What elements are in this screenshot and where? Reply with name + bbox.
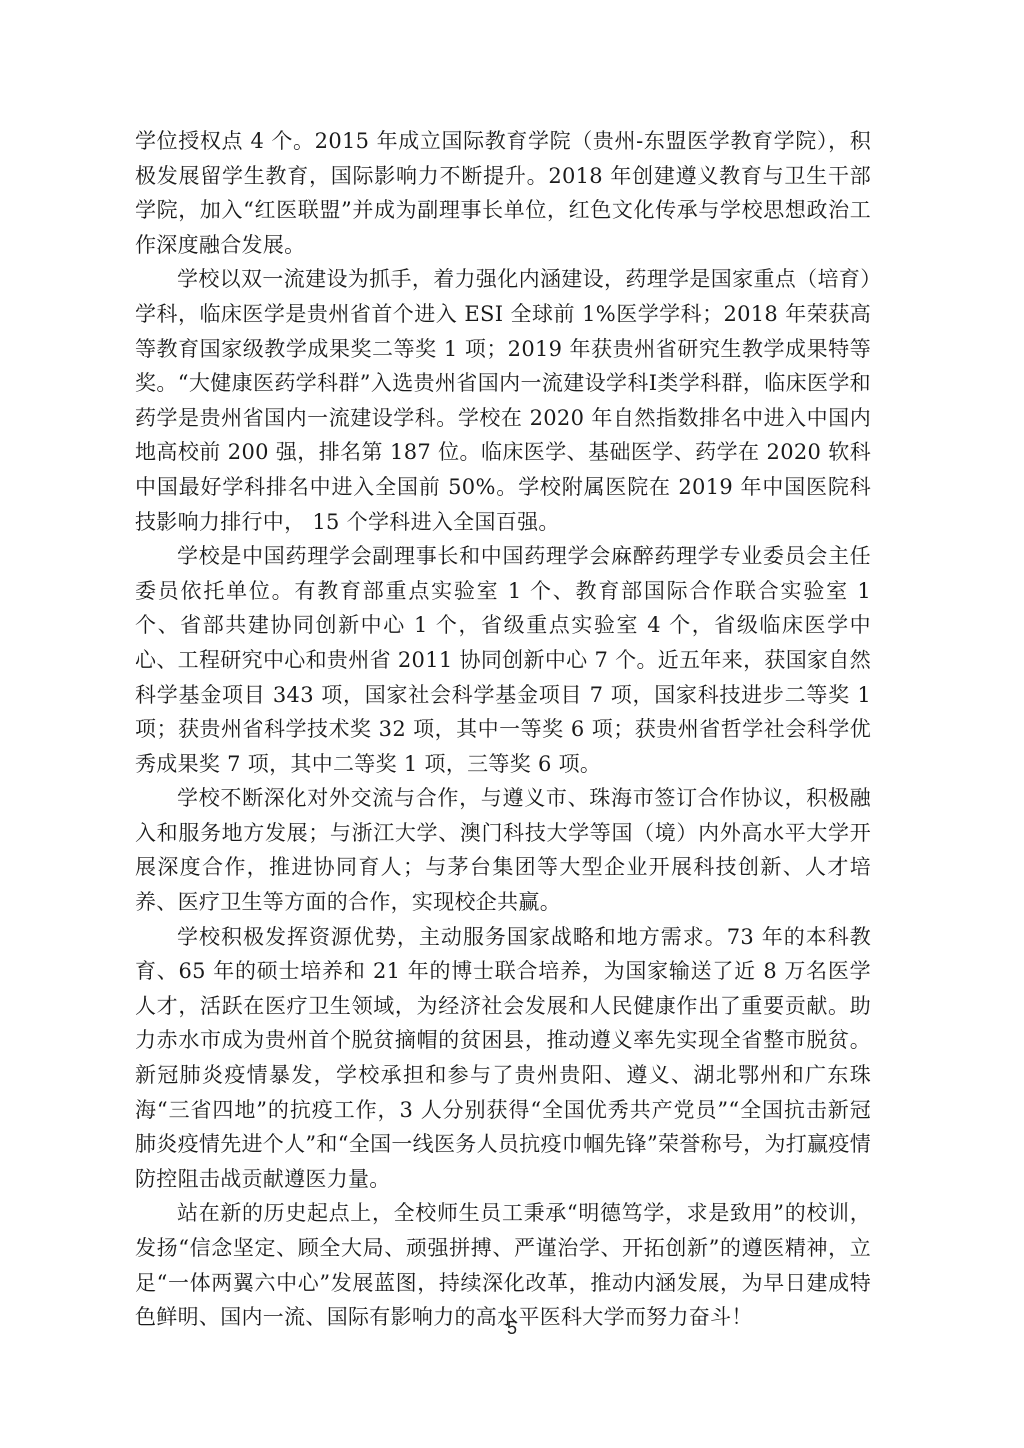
paragraph-research-platforms: 学校是中国药理学会副理事长和中国药理学会麻醉药理学专业委员会主任委员依托单位。有… xyxy=(135,539,871,781)
page-number: 5 xyxy=(0,1318,1024,1339)
document-page: 学位授权点 4 个。2015 年成立国际教育学院（贵州-东盟医学教育学院），积极… xyxy=(0,0,1024,1448)
paragraph-degree-programs-continuation: 学位授权点 4 个。2015 年成立国际教育学院（贵州-东盟医学教育学院），积极… xyxy=(135,124,871,262)
paragraph-external-cooperation: 学校不断深化对外交流与合作，与遵义市、珠海市签订合作协议，积极融入和服务地方发展… xyxy=(135,781,871,919)
paragraph-future-vision: 站在新的历史起点上，全校师生员工秉承“明德笃学，求是致用”的校训，发扬“信念坚定… xyxy=(135,1196,871,1334)
document-body: 学位授权点 4 个。2015 年成立国际教育学院（贵州-东盟医学教育学院），积极… xyxy=(135,124,871,1335)
paragraph-discipline-construction: 学校以双一流建设为抓手，着力强化内涵建设，药理学是国家重点（培育）学科，临床医学… xyxy=(135,262,871,539)
paragraph-social-service: 学校积极发挥资源优势，主动服务国家战略和地方需求。73 年的本科教育、65 年的… xyxy=(135,920,871,1197)
